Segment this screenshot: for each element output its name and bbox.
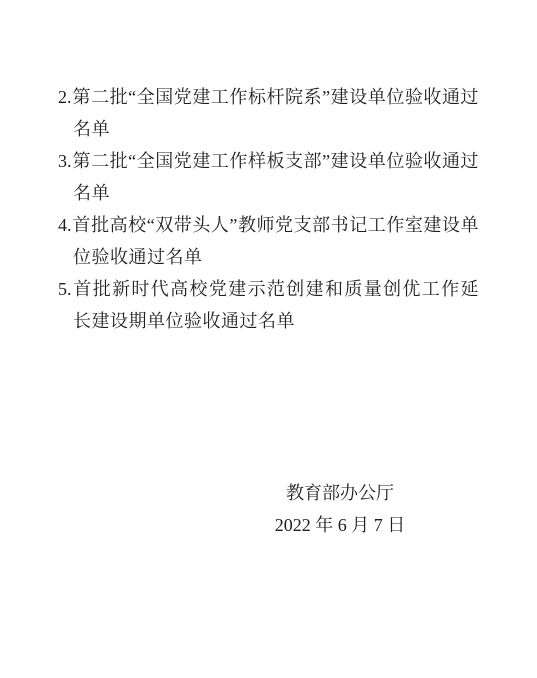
signature-block: 教育部办公厅 2022 年 6 月 7 日 bbox=[258, 477, 422, 541]
list-item-5: 5.首批新时代高校党建示范创建和质量创优工作延长建设期单位验收通过名单 bbox=[58, 273, 479, 337]
item-number: 3. bbox=[58, 151, 73, 171]
document-page: 2.第二批“全国党建工作标杆院系”建设单位验收通过名单 3.第二批“全国党建工作… bbox=[0, 0, 537, 678]
list-item-3: 3.第二批“全国党建工作样板支部”建设单位验收通过名单 bbox=[58, 145, 479, 209]
item-number: 2. bbox=[58, 87, 73, 107]
signature-org: 教育部办公厅 bbox=[258, 477, 422, 509]
item-text: 首批新时代高校党建示范创建和质量创优工作延长建设期单位验收通过名单 bbox=[73, 279, 480, 331]
item-text: 首批高校“双带头人”教师党支部书记工作室建设单位验收通过名单 bbox=[73, 215, 480, 267]
list-item-2: 2.第二批“全国党建工作标杆院系”建设单位验收通过名单 bbox=[58, 81, 479, 145]
item-number: 4. bbox=[58, 215, 73, 235]
attachment-list: 2.第二批“全国党建工作标杆院系”建设单位验收通过名单 3.第二批“全国党建工作… bbox=[58, 81, 479, 337]
item-text: 第二批“全国党建工作样板支部”建设单位验收通过名单 bbox=[73, 151, 480, 203]
signature-date: 2022 年 6 月 7 日 bbox=[258, 509, 422, 541]
item-number: 5. bbox=[58, 279, 73, 299]
item-text: 第二批“全国党建工作标杆院系”建设单位验收通过名单 bbox=[73, 87, 480, 139]
list-item-4: 4.首批高校“双带头人”教师党支部书记工作室建设单位验收通过名单 bbox=[58, 209, 479, 273]
